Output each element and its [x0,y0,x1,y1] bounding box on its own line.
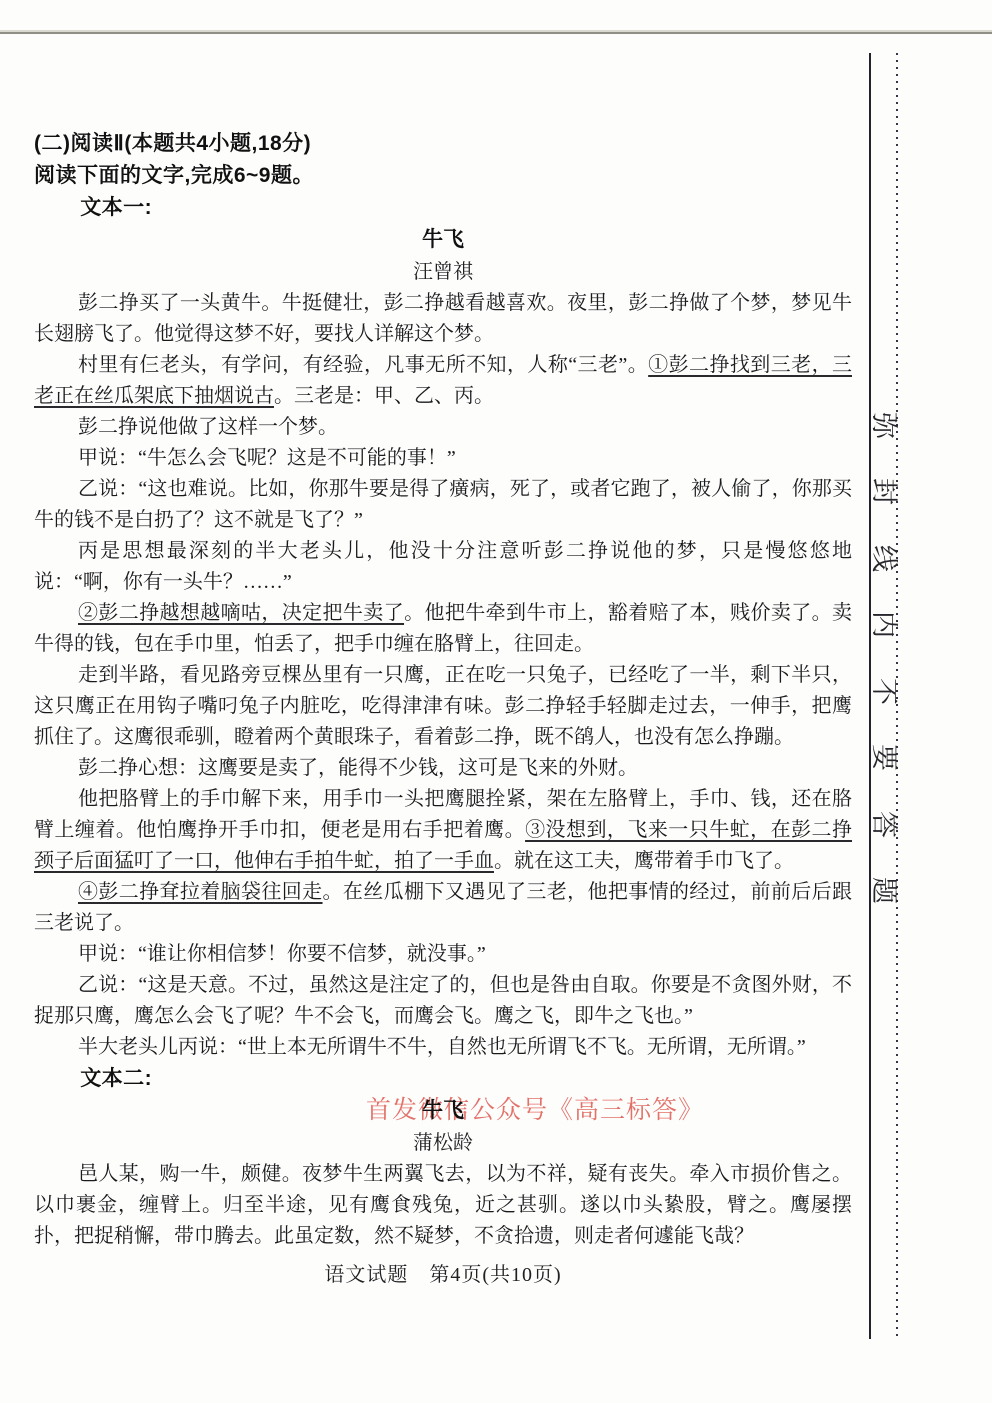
paragraph: 丙是思想最深刻的半大老头儿，他没十分注意听彭二挣说他的梦，只是慢悠悠地说：“啊，… [34,536,852,598]
paragraph: 彭二挣买了一头黄牛。牛挺健壮，彭二挣越看越喜欢。夜里，彭二挣做了个梦，梦见牛长翅… [34,288,852,350]
text-run: 半大老头儿丙说：“世上本无所谓牛不牛，自然也无所谓飞不飞。无所谓，无所谓。” [78,1036,806,1058]
paragraph: 彭二挣心想：这鹰要是卖了，能得不少钱，这可是飞来的外财。 [34,753,852,784]
text-run: 乙说：“这是天意。不过，虽然这是注定了的，但也是咎由自取。你要是不贪图外财，不捉… [34,974,852,1027]
text-run: 彭二挣说他做了这样一个梦。 [78,416,338,438]
underlined-passage: ②彭二挣越想越嘀咕，决定把牛卖了 [78,602,404,624]
text-run: 彭二挣买了一头黄牛。牛挺健壮，彭二挣越看越喜欢。夜里，彭二挣做了个梦，梦见牛长翅… [34,292,852,345]
text-run: 邑人某，购一牛，颇健。夜梦牛生两翼飞去，以为不祥，疑有丧失。牵入市损价售之。以巾… [34,1163,852,1247]
text-two-label: 文本二: [34,1063,852,1095]
page-footer: 语文试题 第4页(共10页) [34,1260,852,1290]
top-divider-line [0,32,992,34]
seal-char: 封 [870,478,897,505]
seal-vertical-text: 弥 封 线 内 不 要 答 题 [855,412,911,904]
paragraph: 走到半路，看见路旁豆棵丛里有一只鹰，正在吃一只兔子，已经吃了一半，剩下半只，这只… [34,660,852,753]
text-one-body: 彭二挣买了一头黄牛。牛挺健壮，彭二挣越看越喜欢。夜里，彭二挣做了个梦，梦见牛长翅… [34,288,852,1063]
text-run: 丙是思想最深刻的半大老头儿，他没十分注意听彭二挣说他的梦，只是慢悠悠地说：“啊，… [34,540,852,593]
paragraph: 村里有仨老头，有学问，有经验，凡事无所不知，人称“三老”。①彭二挣找到三老，三老… [34,350,852,412]
seal-char: 不 [870,678,897,705]
text-run: 甲说：“谁让你相信梦！你要不信梦，就没事。” [78,943,486,965]
paragraph: 乙说：“这也难说。比如，你那牛要是得了癀病，死了，或者它跑了，被人偷了，你那买牛… [34,474,852,536]
section-heading: (二)阅读Ⅱ(本题共4小题,18分) [34,128,852,160]
paragraph: 乙说：“这是天意。不过，虽然这是注定了的，但也是咎由自取。你要是不贪图外财，不捉… [34,970,852,1032]
text-one-author: 汪曾祺 [34,256,852,288]
paragraph: 甲说：“谁让你相信梦！你要不信梦，就没事。” [34,939,852,970]
text-run: 彭二挣心想：这鹰要是卖了，能得不少钱，这可是飞来的外财。 [78,757,638,779]
text-run: 。三老是：甲、乙、丙。 [274,385,494,407]
seal-char: 线 [870,545,897,572]
text-one-title: 牛飞 [34,224,852,256]
paragraph: 半大老头儿丙说：“世上本无所谓牛不牛，自然也无所谓飞不飞。无所谓，无所谓。” [34,1032,852,1063]
text-two-title-row: 首发微信公众号《高三标答》 牛飞 [34,1095,852,1127]
underlined-passage: ④彭二挣耷拉着脑袋往回走 [78,881,323,903]
text-two-body: 邑人某，购一牛，颇健。夜梦牛生两翼飞去，以为不祥，疑有丧失。牵入市损价售之。以巾… [34,1159,852,1252]
paragraph: 他把胳臂上的手巾解下来，用手巾一头把鹰腿拴紧，架在左胳臂上，手巾、钱，还在胳臂上… [34,784,852,877]
exam-page: 弥 封 线 内 不 要 答 题 (二)阅读Ⅱ(本题共4小题,18分) 阅读下面的… [0,0,992,1403]
text-one-label: 文本一: [34,192,852,224]
page-content: (二)阅读Ⅱ(本题共4小题,18分) 阅读下面的文字,完成6~9题。 文本一: … [34,128,852,1252]
instruction-line: 阅读下面的文字,完成6~9题。 [34,160,852,192]
text-run: 走到半路，看见路旁豆棵丛里有一只鹰，正在吃一只兔子，已经吃了一半，剩下半只，这只… [34,664,852,748]
text-two-author: 蒲松龄 [34,1127,852,1159]
text-run: 甲说：“牛怎么会飞呢？这是不可能的事！” [78,447,456,469]
paragraph: ②彭二挣越想越嘀咕，决定把牛卖了。他把牛牵到牛市上，豁着赔了本，贱价卖了。卖牛得… [34,598,852,660]
paragraph: 甲说：“牛怎么会飞呢？这是不可能的事！” [34,443,852,474]
text-two-title: 牛飞 [34,1095,852,1127]
paragraph: 彭二挣说他做了这样一个梦。 [34,412,852,443]
seal-char: 内 [870,611,897,638]
seal-char: 题 [870,877,897,904]
text-run: 乙说：“这也难说。比如，你那牛要是得了癀病，死了，或者它跑了，被人偷了，你那买牛… [34,478,852,531]
text-run: 村里有仨老头，有学问，有经验，凡事无所不知，人称“三老”。 [78,354,648,376]
seal-char: 答 [870,811,897,838]
seal-char: 弥 [870,412,897,439]
paragraph: 邑人某，购一牛，颇健。夜梦牛生两翼飞去，以为不祥，疑有丧失。牵入市损价售之。以巾… [34,1159,852,1252]
seal-char: 要 [870,744,897,771]
paragraph: ④彭二挣耷拉着脑袋往回走。在丝瓜棚下又遇见了三老，他把事情的经过，前前后后跟三老… [34,877,852,939]
text-run: 。就在这工夫，鹰带着手巾飞了。 [494,850,794,872]
